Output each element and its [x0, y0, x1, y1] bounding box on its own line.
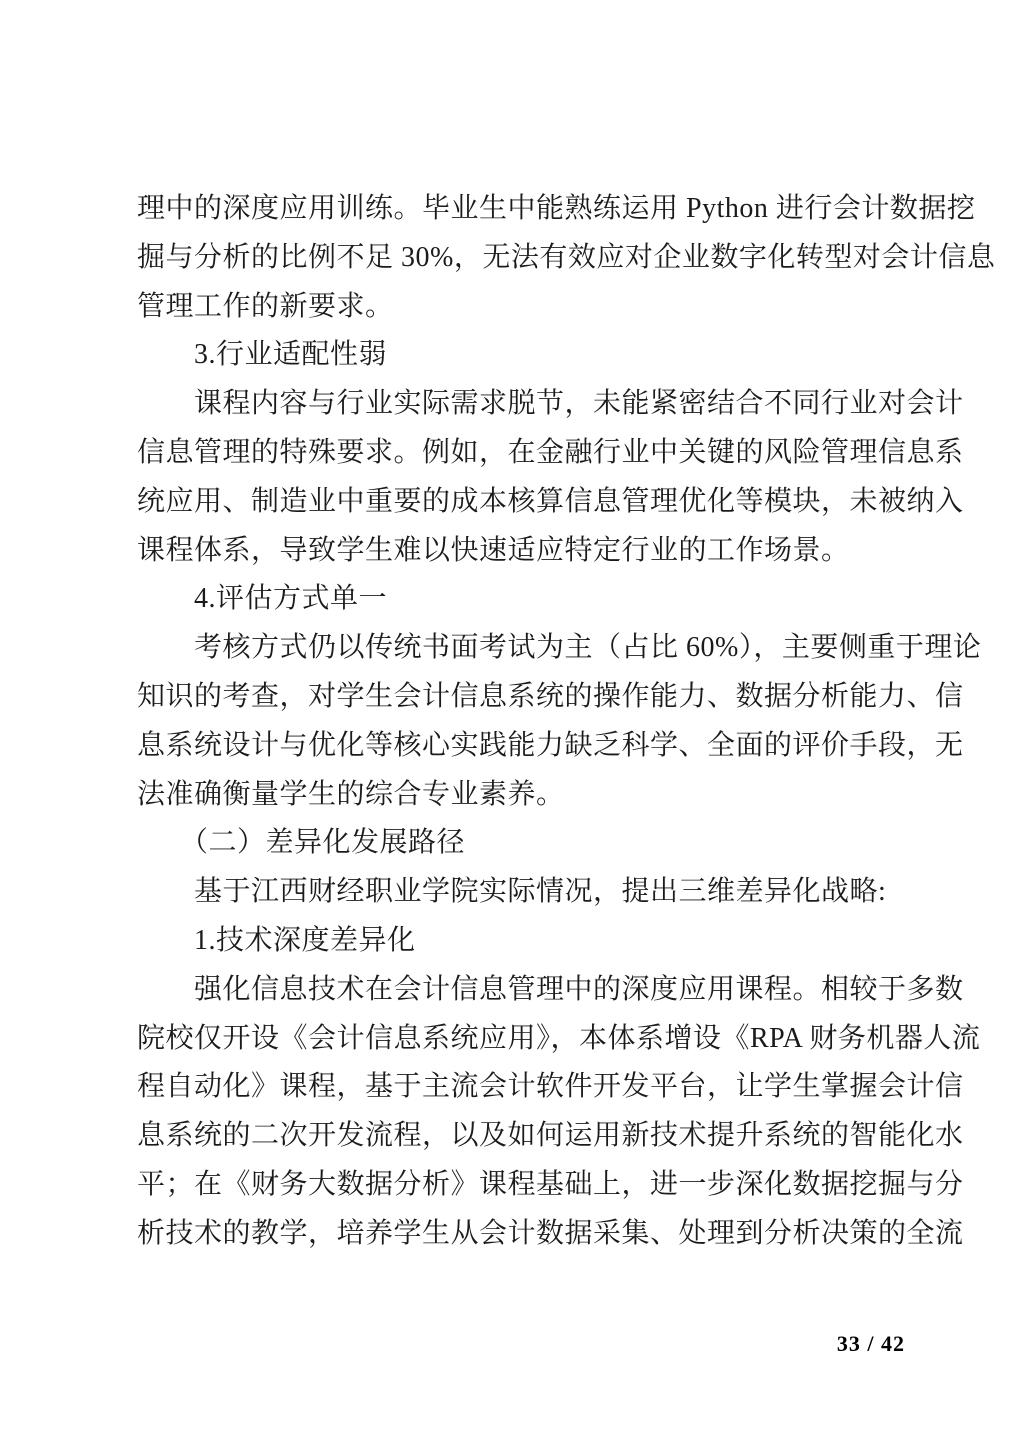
text-line: 课程内容与行业实际需求脱节，未能紧密结合不同行业对会计	[137, 380, 927, 429]
text-line: 息系统的二次开发流程，以及如何运用新技术提升系统的智能化水	[137, 1112, 927, 1161]
text-line: 析技术的教学，培养学生从会计数据采集、处理到分析决策的全流	[137, 1210, 927, 1259]
text-line: 理中的深度应用训练。毕业生中能熟练运用 Python 进行会计数据挖	[137, 185, 927, 234]
text-line-heading: 4.评估方式单一	[137, 575, 927, 624]
text-line: 息系统设计与优化等核心实践能力缺乏科学、全面的评价手段，无	[137, 722, 927, 771]
text-line: 基于江西财经职业学院实际情况，提出三维差异化战略:	[137, 868, 927, 917]
text-line-heading: 1.技术深度差异化	[137, 917, 927, 966]
text-line-heading: （二）差异化发展路径	[137, 819, 927, 868]
text-line-heading: 3.行业适配性弱	[137, 331, 927, 380]
text-line: 知识的考查，对学生会计信息系统的操作能力、数据分析能力、信	[137, 673, 927, 722]
text-line: 信息管理的特殊要求。例如，在金融行业中关键的风险管理信息系	[137, 429, 927, 478]
text-line: 课程体系，导致学生难以快速适应特定行业的工作场景。	[137, 527, 927, 576]
text-line: 强化信息技术在会计信息管理中的深度应用课程。相较于多数	[137, 966, 927, 1015]
text-line: 统应用、制造业中重要的成本核算信息管理优化等模块，未被纳入	[137, 478, 927, 527]
document-page: 理中的深度应用训练。毕业生中能熟练运用 Python 进行会计数据挖 掘与分析的…	[0, 0, 1024, 1448]
text-line: 平；在《财务大数据分析》课程基础上，进一步深化数据挖掘与分	[137, 1161, 927, 1210]
text-line: 程自动化》课程，基于主流会计软件开发平台，让学生掌握会计信	[137, 1063, 927, 1112]
document-text-block: 理中的深度应用训练。毕业生中能熟练运用 Python 进行会计数据挖 掘与分析的…	[137, 185, 927, 1259]
text-line: 掘与分析的比例不足 30%，无法有效应对企业数字化转型对会计信息	[137, 234, 927, 283]
text-line: 考核方式仍以传统书面考试为主（占比 60%），主要侧重于理论	[137, 624, 927, 673]
text-line: 法准确衡量学生的综合专业素养。	[137, 771, 927, 820]
page-number: 33 / 42	[837, 1331, 905, 1357]
text-line: 管理工作的新要求。	[137, 283, 927, 332]
text-line: 院校仅开设《会计信息系统应用》，本体系增设《RPA 财务机器人流	[137, 1015, 927, 1064]
